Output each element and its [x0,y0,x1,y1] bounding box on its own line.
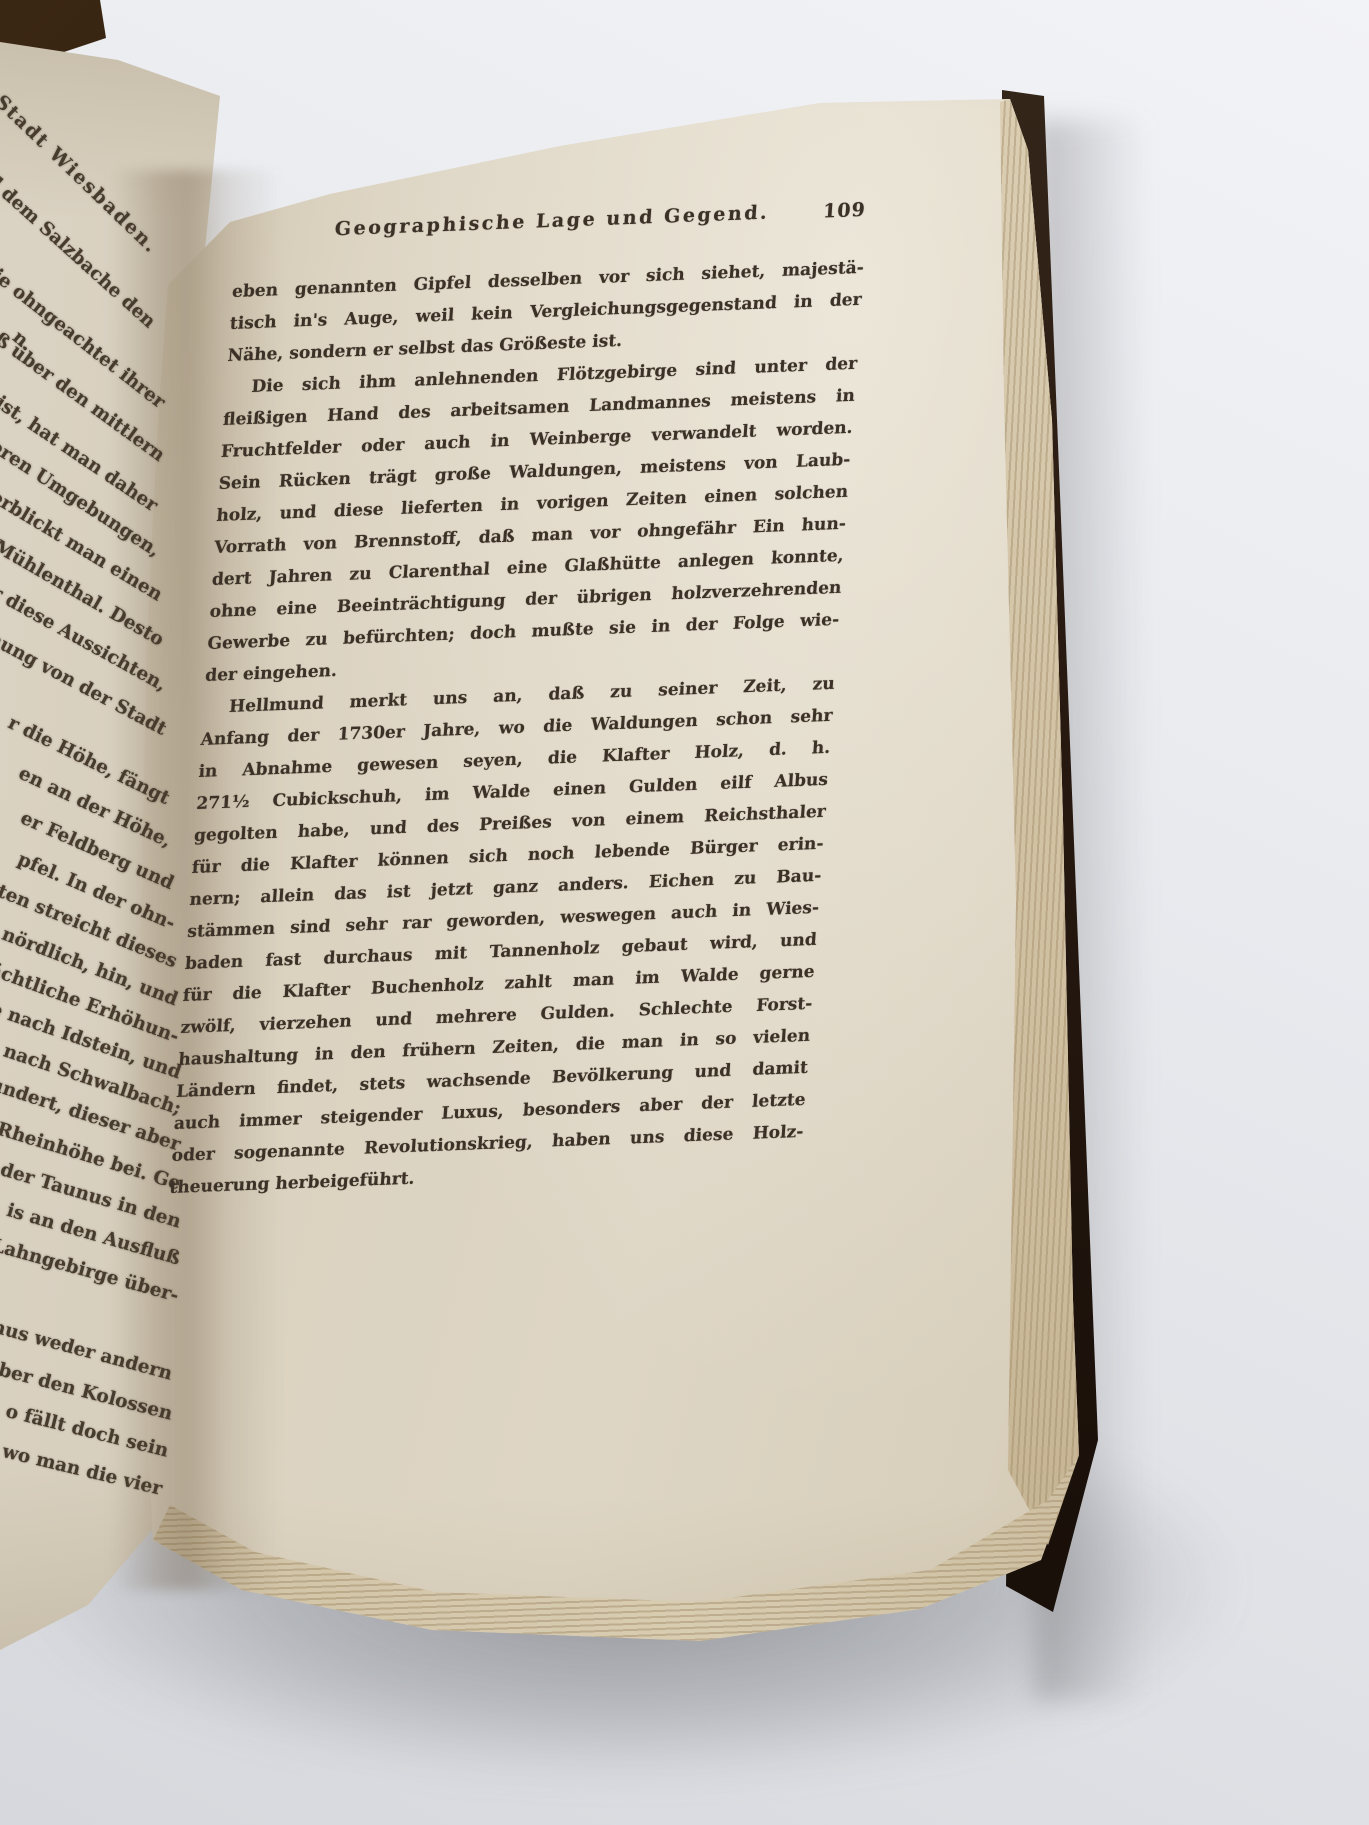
right-page-text: Geographische Lage und Gegend. 109 eben … [168,198,868,1204]
book-photo: Stadt Wiesbaden. d dem Salzbache den n. … [0,0,1369,1825]
page-number: 109 [822,199,866,223]
